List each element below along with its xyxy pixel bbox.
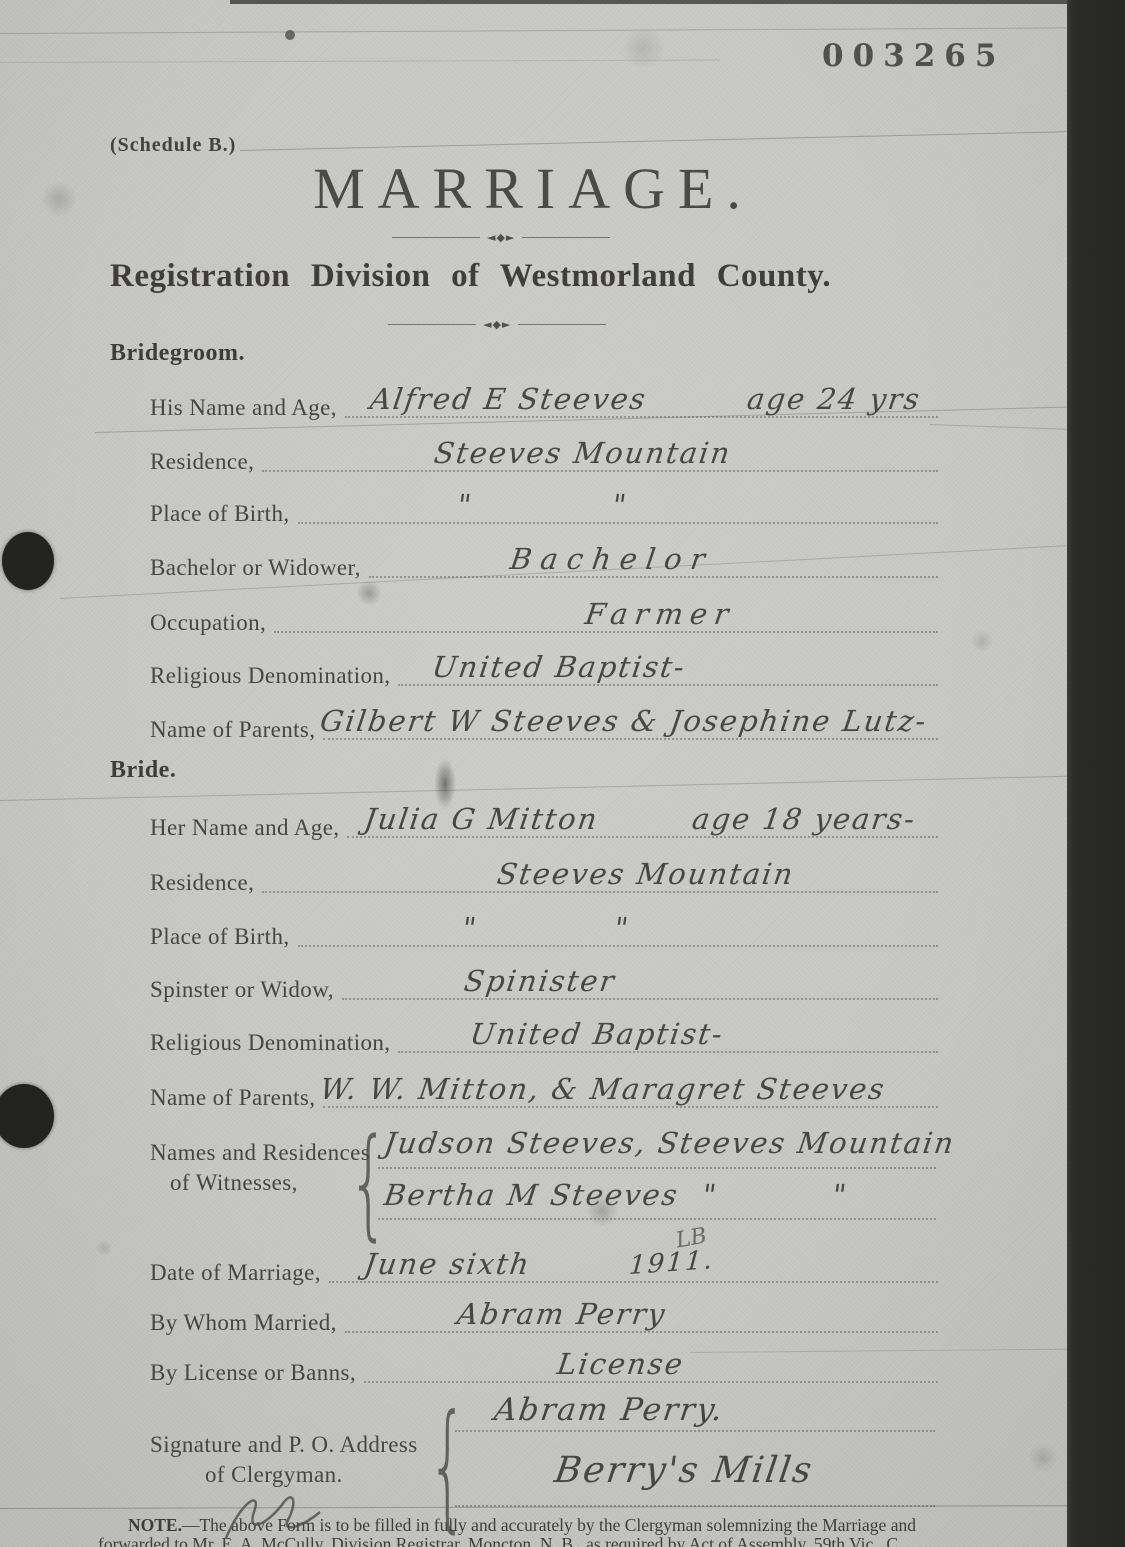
handwritten-bride-religion: United Baptist- [468, 1017, 726, 1051]
field-line [369, 576, 938, 578]
field-line [398, 684, 938, 686]
field-row-groom-residence: Residence, Steeves Mountain [150, 433, 938, 477]
stain [620, 28, 666, 68]
handwritten-marriage-year: 1911. [628, 1245, 715, 1281]
field-row-date-of-marriage: Date of Marriage, June sixth 1911. [150, 1244, 938, 1288]
scan-artifact-line [0, 59, 720, 63]
field-label: Religious Denomination, [150, 663, 398, 691]
section-heading-bride: Bride. [110, 757, 176, 784]
handwritten-witness-1: Judson Steeves, Steeves Mountain [382, 1126, 957, 1160]
scan-artifact-line [240, 131, 1067, 151]
pencil-annotation: LB [674, 1224, 709, 1254]
field-label: His Name and Age, [150, 395, 345, 423]
ink-scribble-icon [218, 1490, 348, 1546]
field-row-groom-religion: Religious Denomination, United Baptist- [150, 647, 938, 691]
field-label: Residence, [150, 870, 262, 898]
field-row-bride-parents: Name of Parents, W. W. Mitton, & Maragre… [150, 1069, 938, 1113]
field-row-groom-parents: Name of Parents, Gilbert W Steeves & Jos… [150, 701, 938, 745]
handwritten-clergy-signature: Abram Perry. [492, 1392, 727, 1428]
punch-hole [0, 1084, 54, 1148]
handwritten-groom-occupation: Farmer [583, 597, 738, 631]
field-line [323, 738, 938, 740]
field-label: Occupation, [150, 610, 274, 638]
field-line [455, 1430, 935, 1432]
stain [285, 30, 295, 40]
field-row-groom-name-age: His Name and Age, Alfred E Steeves age 2… [150, 379, 938, 423]
page-title: MARRIAGE. [0, 155, 1067, 222]
field-line [342, 998, 938, 1000]
field-label: Date of Marriage, [150, 1260, 329, 1288]
field-label: By Whom Married, [150, 1310, 345, 1338]
ditto-mark: " [455, 488, 475, 522]
serial-number: 003265 [822, 38, 1005, 74]
handwritten-groom-age: age 24 yrs [745, 382, 923, 416]
ditto-mark: " [610, 488, 630, 522]
handwritten-bride-status: Spinister [462, 964, 618, 998]
ornament-line [388, 324, 476, 325]
schedule-label: (Schedule B.) [110, 134, 236, 157]
scan-edge-band [1067, 0, 1125, 1547]
witnesses-label-line1: Names and Residences [150, 1140, 370, 1166]
field-line [262, 891, 938, 893]
ornament-icon: ◄◆► [487, 231, 515, 244]
field-line [298, 945, 939, 947]
scan-edge-top [230, 0, 1067, 4]
scan-artifact-line [930, 424, 1067, 430]
clergyman-label-line1: Signature and P. O. Address [150, 1432, 418, 1458]
field-row-groom-status: Bachelor or Widower, Bachelor [150, 539, 938, 583]
handwritten-officiant: Abram Perry [455, 1297, 669, 1331]
field-line [345, 1331, 938, 1333]
field-line [378, 1218, 936, 1220]
field-label: Name of Parents, [150, 717, 323, 745]
handwritten-clergy-address: Berry's Mills [552, 1450, 816, 1491]
field-row-bride-religion: Religious Denomination, United Baptist- [150, 1014, 938, 1058]
ditto-mark: " [460, 911, 480, 945]
field-label: Place of Birth, [150, 501, 298, 529]
ornament-divider: ◄◆► [392, 231, 610, 244]
field-label: By License or Banns, [150, 1360, 364, 1388]
field-label: Place of Birth, [150, 924, 298, 952]
field-line [262, 470, 938, 472]
ditto-mark: " [700, 1178, 720, 1212]
handwritten-license: License [555, 1347, 686, 1381]
section-heading-bridegroom: Bridegroom. [110, 340, 245, 367]
witnesses-label-line2: of Witnesses, [170, 1170, 298, 1196]
stain [95, 1240, 113, 1256]
ornament-line [522, 237, 610, 238]
handwritten-bride-residence: Steeves Mountain [495, 857, 797, 891]
handwritten-bride-name: Julia G Mitton [362, 802, 601, 836]
handwritten-groom-status: Bachelor [508, 542, 716, 576]
footer-note-line1: NOTE.—The above Form is to be filled in … [0, 1516, 1067, 1535]
scan-artifact-line [0, 27, 1067, 34]
field-line [329, 1281, 938, 1283]
field-row-groom-birthplace: Place of Birth, " " [150, 485, 938, 529]
footer-note-line2: forwarded to Mr. E. A. McCully, Division… [0, 1535, 1067, 1547]
field-row-bride-birthplace: Place of Birth, " " [150, 908, 938, 952]
handwritten-marriage-date: June sixth [362, 1247, 533, 1281]
field-line [364, 1381, 938, 1383]
field-row-bride-name-age: Her Name and Age, Julia G Mitton age 18 … [150, 799, 938, 843]
field-row-bride-status: Spinster or Widow, Spinister [150, 961, 938, 1005]
handwritten-groom-name: Alfred E Steeves [368, 382, 649, 416]
footer-note: NOTE.—The above Form is to be filled in … [0, 1516, 1067, 1547]
field-label: Residence, [150, 449, 262, 477]
field-line [298, 522, 939, 524]
field-line [398, 1051, 938, 1053]
handwritten-witness-2: Bertha M Steeves [382, 1178, 681, 1212]
field-row-bride-residence: Residence, Steeves Mountain [150, 854, 938, 898]
handwritten-groom-parents: Gilbert W Steeves & Josephine Lutz- [318, 704, 930, 738]
punch-hole [2, 532, 54, 590]
witnesses-brace: { [348, 1112, 389, 1253]
ornament-line [392, 237, 480, 238]
ditto-mark: " [612, 911, 632, 945]
field-line [378, 1167, 936, 1169]
handwritten-bride-parents: W. W. Mitton, & Maragret Steeves [318, 1072, 888, 1106]
field-label: Religious Denomination, [150, 1030, 398, 1058]
field-label: Spinster or Widow, [150, 977, 342, 1005]
field-label: Her Name and Age, [150, 815, 347, 843]
clergyman-label-line2: of Clergyman. [205, 1462, 343, 1488]
stain [970, 630, 994, 652]
note-prefix: NOTE. [128, 1515, 182, 1535]
stain [1028, 1444, 1058, 1472]
handwritten-groom-religion: United Baptist- [430, 650, 688, 684]
ornament-line [518, 324, 606, 325]
field-line [274, 631, 938, 633]
field-row-license-or-banns: By License or Banns, License [150, 1344, 938, 1388]
field-label: Bachelor or Widower, [150, 555, 369, 583]
field-line [323, 1106, 938, 1108]
scanned-marriage-document: 003265 (Schedule B.) MARRIAGE. ◄◆► Regis… [0, 0, 1125, 1547]
handwritten-bride-age: age 18 years- [690, 802, 919, 836]
field-row-groom-occupation: Occupation, Farmer [150, 594, 938, 638]
ornament-icon: ◄◆► [483, 318, 511, 331]
page-subtitle: Registration Division of Westmorland Cou… [110, 258, 831, 295]
field-line [347, 836, 938, 838]
field-line [455, 1505, 935, 1507]
field-label: Name of Parents, [150, 1085, 323, 1113]
field-line [345, 416, 938, 418]
field-row-by-whom-married: By Whom Married, Abram Perry [150, 1294, 938, 1338]
ornament-divider: ◄◆► [388, 318, 606, 331]
ditto-mark: " [830, 1178, 850, 1212]
handwritten-groom-residence: Steeves Mountain [432, 436, 734, 470]
